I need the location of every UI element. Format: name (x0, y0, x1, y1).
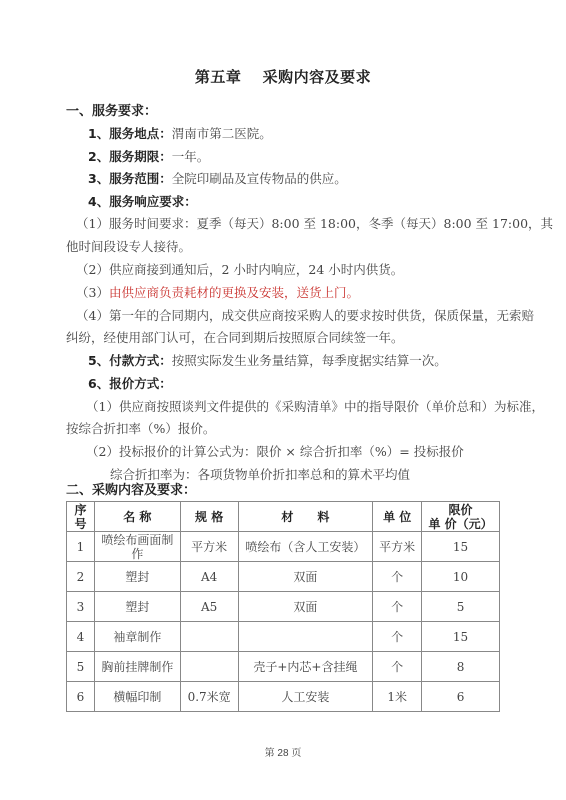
response-contract-line1: （4）第一年的合同期内，成交供应商按采购人的要求按时供货，保质保量，无索赔 (76, 306, 534, 324)
response-install: （3）由供应商负责耗材的更换及安装，送货上门。 (76, 283, 359, 301)
highlight-text: 由供应商负责耗材的更换及安装，送货上门。 (109, 285, 359, 300)
cell-name: 塑封 (94, 592, 180, 622)
cell-no: 4 (67, 622, 95, 652)
table-row: 4 袖章制作 个 15 (67, 622, 500, 652)
cell-price: 6 (422, 682, 500, 712)
quote-standard-line2: 按综合折扣率（%）报价。 (66, 419, 215, 437)
cell-spec: A5 (180, 592, 238, 622)
header-name: 名 称 (94, 502, 180, 532)
cell-name: 喷绘布画面制作 (94, 532, 180, 562)
table-row: 5 胸前挂牌制作 壳子+内芯+含挂绳 个 8 (67, 652, 500, 682)
cell-price: 15 (422, 532, 500, 562)
cell-unit: 个 (373, 652, 422, 682)
cell-price: 5 (422, 592, 500, 622)
cell-material (238, 622, 373, 652)
cell-unit: 1米 (373, 682, 422, 712)
service-scope: 3、服务范围：全院印刷品及宣传物品的供应。 (88, 169, 347, 187)
cell-unit: 个 (373, 592, 422, 622)
cell-material: 喷绘布（含人工安装） (238, 532, 373, 562)
table-row: 6 横幅印制 0.7米宽 人工安装 1米 6 (67, 682, 500, 712)
cell-unit: 平方米 (373, 532, 422, 562)
cell-no: 1 (67, 532, 95, 562)
header-unit: 单 位 (373, 502, 422, 532)
table-row: 3 塑封 A5 双面 个 5 (67, 592, 500, 622)
service-period: 2、服务期限：一年。 (88, 147, 209, 165)
header-spec: 规 格 (180, 502, 238, 532)
service-location: 1、服务地点：渭南市第二医院。 (88, 124, 272, 142)
cell-material: 双面 (238, 562, 373, 592)
cell-spec: A4 (180, 562, 238, 592)
cell-material: 双面 (238, 592, 373, 622)
table-header-row: 序号 名 称 规 格 材 料 单 位 限价单 价（元） (67, 502, 500, 532)
header-material: 材 料 (238, 502, 373, 532)
section-heading-service: 一、服务要求： (66, 100, 157, 119)
payment-method: 5、付款方式：按照实际发生业务量结算，每季度据实结算一次。 (88, 351, 447, 369)
cell-unit: 个 (373, 562, 422, 592)
header-price: 限价单 价（元） (422, 502, 500, 532)
cell-price: 10 (422, 562, 500, 592)
cell-spec (180, 622, 238, 652)
quote-formula: （2）投标报价的计算公式为：限价 × 综合折扣率（%）= 投标报价 (86, 442, 464, 460)
cell-material: 人工安装 (238, 682, 373, 712)
cell-name: 横幅印制 (94, 682, 180, 712)
cell-spec: 平方米 (180, 532, 238, 562)
page-number: 第 28 页 (0, 744, 566, 759)
procurement-table: 序号 名 称 规 格 材 料 单 位 限价单 价（元） 1 喷绘布画面制作 平方… (66, 501, 500, 712)
cell-spec (180, 652, 238, 682)
header-no: 序号 (67, 502, 95, 532)
response-notice: （2）供应商接到通知后，2 小时内响应，24 小时内供货。 (76, 260, 403, 278)
cell-no: 2 (67, 562, 95, 592)
cell-no: 6 (67, 682, 95, 712)
cell-no: 3 (67, 592, 95, 622)
response-time-line1: （1）服务时间要求：夏季（每天）8:00 至 18:00，冬季（每天）8:00 … (76, 214, 553, 232)
cell-no: 5 (67, 652, 95, 682)
page-title: 第五章 采购内容及要求 (0, 66, 566, 87)
cell-price: 8 (422, 652, 500, 682)
section-heading-procurement: 二、采购内容及要求： (66, 479, 196, 498)
cell-material: 壳子+内芯+含挂绳 (238, 652, 373, 682)
quote-method-heading: 6、报价方式： (88, 374, 172, 392)
cell-name: 塑封 (94, 562, 180, 592)
table-row: 1 喷绘布画面制作 平方米 喷绘布（含人工安装） 平方米 15 (67, 532, 500, 562)
table-row: 2 塑封 A4 双面 个 10 (67, 562, 500, 592)
cell-spec: 0.7米宽 (180, 682, 238, 712)
cell-name: 袖章制作 (94, 622, 180, 652)
quote-standard-line1: （1）供应商按照谈判文件提供的《采购清单》中的指导限价（单价总和）为标准， (86, 397, 544, 415)
cell-price: 15 (422, 622, 500, 652)
response-contract-line2: 纠纷，经使用部门认可，在合同到期后按照原合同续签一年。 (66, 328, 404, 346)
cell-unit: 个 (373, 622, 422, 652)
service-response-heading: 4、服务响应要求： (88, 192, 197, 210)
cell-name: 胸前挂牌制作 (94, 652, 180, 682)
response-time-line2: 他时间段设专人接待。 (66, 237, 191, 255)
